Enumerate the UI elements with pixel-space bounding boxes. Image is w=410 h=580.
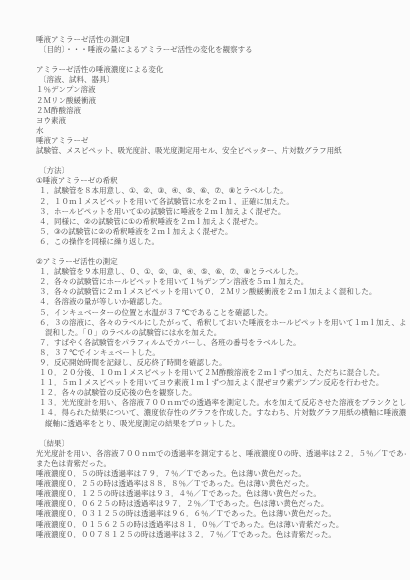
- method-heading: 〔方法〕: [36, 166, 406, 176]
- dilution-step: ４．同様に、②の試験管に①の希釈唾液を２ｍｌ加えよく混ぜた。: [36, 217, 406, 227]
- result-line: 唾液濃度０．２５の時は透過率は８８．８％／Ｔであった。色は薄い黄色だった。: [36, 479, 406, 489]
- material-item: ２Ｍリン酸緩衝液: [36, 96, 406, 106]
- material-item: ２Ｍ酢酸溶液: [36, 106, 406, 116]
- result-line: 唾液濃度０．１２５の時は透過率は９３．４％／Ｔであった。色は薄い黄色だった。: [36, 489, 406, 499]
- doc-title: 唾液アミラーゼ活性の測定Ⅱ: [36, 35, 406, 45]
- material-item: 試験管、メスピペット、吸光度計、吸光度測定用セル、安全ピペッター、片対数グラフ用…: [36, 146, 406, 156]
- assay-step: ３．各々の試験管に２ｍｌメスピペットを用いて０．２Ｍリン酸緩衝液を２ｍｌ加えよく…: [36, 287, 406, 297]
- assay-step: １３．光光度計を用い、各溶液７００ｎｍでの透過率を測定した。水を加えて反応させた…: [36, 398, 406, 408]
- result-line: 唾液濃度０．０３１２５の時は透過率は９６．６％／Ｔであった。色は薄い黄色だった。: [36, 509, 406, 519]
- dilution-heading: ①唾液アミラーゼの希釈: [36, 176, 406, 186]
- blank-line: [36, 55, 406, 65]
- document-page: 唾液アミラーゼ活性の測定Ⅱ 〔目的〕・・・唾液の量によるアミラーゼ活性の変化を観…: [0, 0, 410, 580]
- result-line: 唾液濃度０．０６２５の時は透過率は９７．２％／Ｔであった。色は薄い黄色だった。: [36, 499, 406, 509]
- assay-step: １４．得られた結果について、濃度依存性のグラフを作成した。すなわち、片対数グラフ…: [36, 408, 406, 418]
- assay-steps: １．試験管を９本用意し、０、①、②、③、④、⑤、⑥、⑦、⑧とラベルした。２．各々…: [36, 267, 406, 429]
- result-line: 光光度計を用い、各溶液７００ｎｍでの透過率を測定すると、唾液濃度０の時、透過率は…: [36, 449, 406, 459]
- results-lines: 光光度計を用い、各溶液７００ｎｍでの透過率を測定すると、唾液濃度０の時、透過率は…: [36, 449, 406, 540]
- assay-step: ６．３の溶液に、各々のラベルにしたがって、希釈しておいた唾液をホールピペットを用…: [36, 318, 406, 328]
- material-item: ヨウ素液: [36, 116, 406, 126]
- assay-step: ４．各溶液の量が等しいか確認した。: [36, 297, 406, 307]
- assay-step: 混和した。「０」のラベルの試験管には水を加えた。: [36, 328, 406, 338]
- materials-list: １％デンプン溶液２Ｍリン酸緩衝液２Ｍ酢酸溶液ヨウ素液水唾液アミラーゼ試験管、メス…: [36, 85, 406, 156]
- materials-heading: 〔溶液、試料、器具〕: [36, 75, 406, 85]
- dilution-step: ５．③の試験管に②の希釈唾液を２ｍｌ加えよく混ぜた。: [36, 227, 406, 237]
- assay-step: ８．３７℃でインキュベートした。: [36, 348, 406, 358]
- result-line: 唾液濃度０．００７８１２５の時は透過率は３２．７％／Ｔであった。色は青紫だった。: [36, 530, 406, 540]
- assay-step: １．試験管を９本用意し、０、①、②、③、④、⑤、⑥、⑦、⑧とラベルした。: [36, 267, 406, 277]
- experiment-heading: アミラーゼ活性の唾液濃度による変化: [36, 65, 406, 75]
- material-item: 唾液アミラーゼ: [36, 136, 406, 146]
- blank-line: [36, 429, 406, 439]
- blank-line: [36, 156, 406, 166]
- result-line: 唾液濃度０．０１５６２５の時は透過率は８１．０％／Ｔであった。色は薄い青紫だった…: [36, 520, 406, 530]
- assay-step: １０．２０分後、１０ｍｌメスピペットを用いて２Ｍ酢酸溶液を２ｍｌずつ加え、ただち…: [36, 368, 406, 378]
- document-body: 唾液アミラーゼ活性の測定Ⅱ 〔目的〕・・・唾液の量によるアミラーゼ活性の変化を観…: [36, 35, 406, 540]
- results-heading: 〔結果〕: [36, 439, 406, 449]
- purpose-line: 〔目的〕・・・唾液の量によるアミラーゼ活性の変化を観察する: [36, 45, 406, 55]
- assay-step: ９．反応開始時間を記録し、反応終了時間を確認した。: [36, 358, 406, 368]
- dilution-step: ６．この操作を同様に繰り返した。: [36, 237, 406, 247]
- material-item: １％デンプン溶液: [36, 85, 406, 95]
- result-line: また色は青紫だった。: [36, 459, 406, 469]
- assay-step: １１．５ｍｌメスピペットを用いてヨウ素液１ｍｌずつ加えよく混ぜヨウ素デンプン反応…: [36, 378, 406, 388]
- assay-step: １２．各々の試験管の反応後の色を観察した。: [36, 388, 406, 398]
- blank-line: [36, 247, 406, 257]
- assay-step: ７．すばやく各試験管をパラフィルムでカバーし、各班の番号をラベルした。: [36, 338, 406, 348]
- dilution-step: ３．ホールピペットを用いて①の試験管に唾液を２ｍｌ加えよく混ぜた。: [36, 207, 406, 217]
- dilution-step: １．試験管を８本用意し、①、②、③、④、⑤、⑥、⑦、⑧とラベルした。: [36, 186, 406, 196]
- assay-step: 縦軸に透過率をとり、吸光度測定の結果をプロットした。: [36, 419, 406, 429]
- dilution-step: ２．１０ｍｌメスピペットを用いて各試験管に水を２ｍｌ、正確に加えた。: [36, 197, 406, 207]
- assay-heading: ②アミラーゼ活性の測定: [36, 257, 406, 267]
- result-line: 唾液濃度０．５の時は透過率は７９．７％／Ｔであった。色は薄い黄色だった。: [36, 469, 406, 479]
- assay-step: ２．各々の試験管にホールピペットを用いて１％デンプン溶液を５ｍｌ加えた。: [36, 277, 406, 287]
- material-item: 水: [36, 126, 406, 136]
- dilution-steps: １．試験管を８本用意し、①、②、③、④、⑤、⑥、⑦、⑧とラベルした。２．１０ｍｌ…: [36, 186, 406, 247]
- assay-step: ５．インキュベーターの位置と水温が３７℃であることを確認した。: [36, 308, 406, 318]
